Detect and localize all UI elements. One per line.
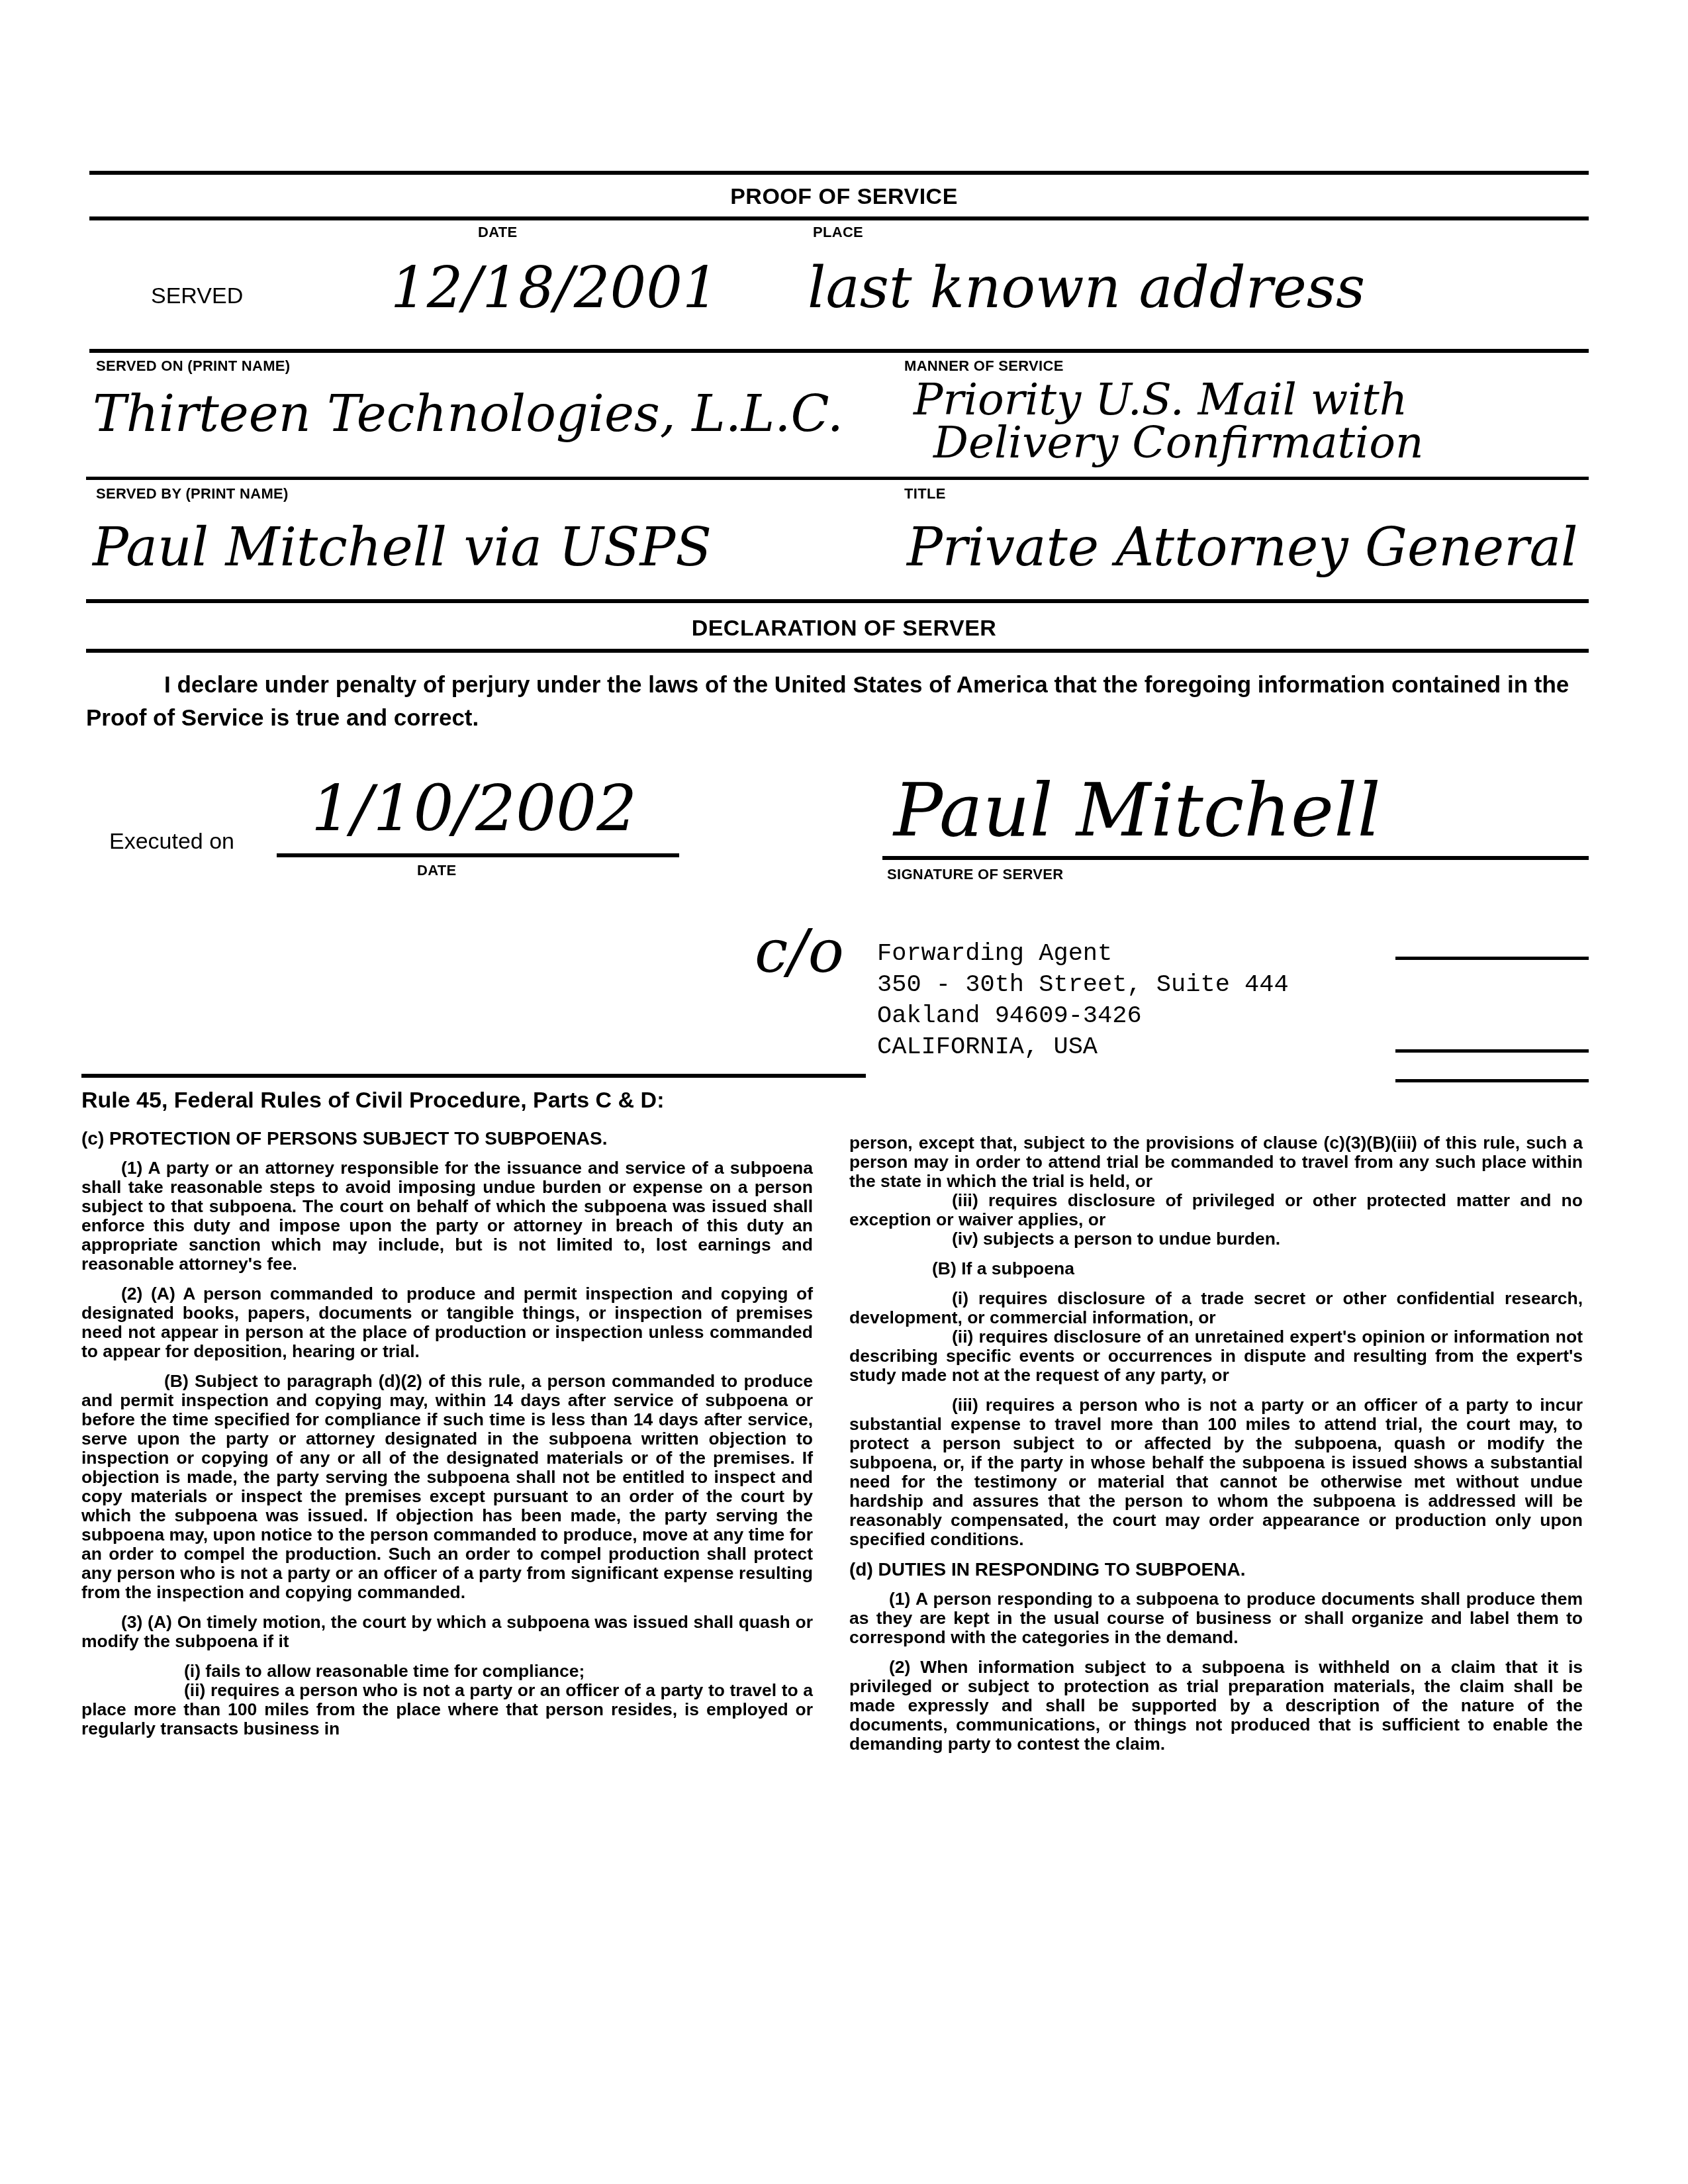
title-field[interactable]: Private Attorney General <box>907 516 1578 578</box>
rule-section-heading: (c) PROTECTION OF PERSONS SUBJECT TO SUB… <box>81 1129 813 1148</box>
rule-paragraph: (ii) requires a person who is not a part… <box>81 1681 813 1738</box>
rule-paragraph: (iii) requires a person who is not a par… <box>849 1396 1583 1549</box>
rule-paragraph: (1) A party or an attorney responsible f… <box>81 1159 813 1274</box>
executed-date-field[interactable]: 1/10/2002 <box>311 771 637 845</box>
rules-left-column: (c) PROTECTION OF PERSONS SUBJECT TO SUB… <box>81 1129 813 1749</box>
signature-line <box>882 856 1589 860</box>
manner-label: MANNER OF SERVICE <box>904 357 1064 375</box>
top-rule <box>89 171 1589 175</box>
rule-paragraph: person, except that, subject to the prov… <box>849 1133 1583 1191</box>
address-rule-3 <box>1395 1079 1589 1082</box>
place-label: PLACE <box>813 224 863 241</box>
executed-date-line <box>277 853 679 857</box>
rule-paragraph: (1) A person responding to a subpoena to… <box>849 1590 1583 1647</box>
rule-paragraph: (i) requires disclosure of a trade secre… <box>849 1289 1583 1327</box>
declaration-text: I declare under penalty of perjury under… <box>86 669 1589 735</box>
date-label: DATE <box>478 224 517 241</box>
rule-section-heading: (d) DUTIES IN RESPONDING TO SUBPOENA. <box>849 1560 1583 1579</box>
served-by-field[interactable]: Paul Mitchell via USPS <box>93 516 712 578</box>
rule-paragraph: (2) (A) A person commanded to produce an… <box>81 1284 813 1361</box>
served-date-field[interactable]: 12/18/2001 <box>391 255 719 321</box>
rule-paragraph: (ii) requires disclosure of an unretaine… <box>849 1327 1583 1385</box>
signature-field[interactable]: Paul Mitchell <box>894 768 1381 853</box>
heading-rule <box>89 216 1589 220</box>
declaration-heading: DECLARATION OF SERVER <box>0 616 1688 641</box>
rule-paragraph: (iv) subjects a person to undue burden. <box>849 1229 1583 1249</box>
served-place-field[interactable]: last known address <box>808 255 1365 321</box>
rule-paragraph: (3) (A) On timely motion, the court by w… <box>81 1613 813 1651</box>
rule-paragraph: (2) When information subject to a subpoe… <box>849 1658 1583 1754</box>
manner-line2-field[interactable]: Delivery Confirmation <box>933 417 1423 468</box>
address-rule-2 <box>1395 1049 1589 1053</box>
address-line-1: Forwarding Agent <box>877 939 1289 970</box>
address-rule-1 <box>1395 957 1589 960</box>
rule-paragraph: (i) fails to allow reasonable time for c… <box>81 1662 813 1681</box>
served-by-label: SERVED BY (PRINT NAME) <box>96 485 289 502</box>
executed-date-caption: DATE <box>417 862 456 879</box>
served-on-field[interactable]: Thirteen Technologies, L.L.C. <box>93 384 843 443</box>
served-rule <box>89 349 1589 353</box>
rule-paragraph: (B) Subject to paragraph (d)(2) of this … <box>81 1372 813 1602</box>
served-on-rule <box>86 477 1589 480</box>
executed-label: Executed on <box>109 829 234 855</box>
served-on-label: SERVED ON (PRINT NAME) <box>96 357 290 375</box>
address-line-2: 350 - 30th Street, Suite 444 <box>877 970 1289 1001</box>
served-label: SERVED <box>151 283 243 309</box>
address-line-3: Oakland 94609-3426 <box>877 1001 1289 1032</box>
address-line-4: CALIFORNIA, USA <box>877 1032 1289 1063</box>
rule-paragraph: (iii) requires disclosure of privileged … <box>849 1191 1583 1229</box>
care-of-mark: c/o <box>755 917 844 986</box>
rules-right-column: person, except that, subject to the prov… <box>849 1133 1583 1764</box>
address-block: Forwarding Agent 350 - 30th Street, Suit… <box>877 939 1289 1063</box>
rule-paragraph: (B) If a subpoena <box>849 1259 1583 1278</box>
declaration-rule <box>86 649 1589 653</box>
rules-divider <box>81 1074 866 1078</box>
signature-caption: SIGNATURE OF SERVER <box>887 866 1063 883</box>
served-by-rule <box>86 599 1589 603</box>
title-label: TITLE <box>904 485 946 502</box>
rule45-heading: Rule 45, Federal Rules of Civil Procedur… <box>81 1088 664 1114</box>
proof-of-service-heading: PROOF OF SERVICE <box>0 184 1688 210</box>
